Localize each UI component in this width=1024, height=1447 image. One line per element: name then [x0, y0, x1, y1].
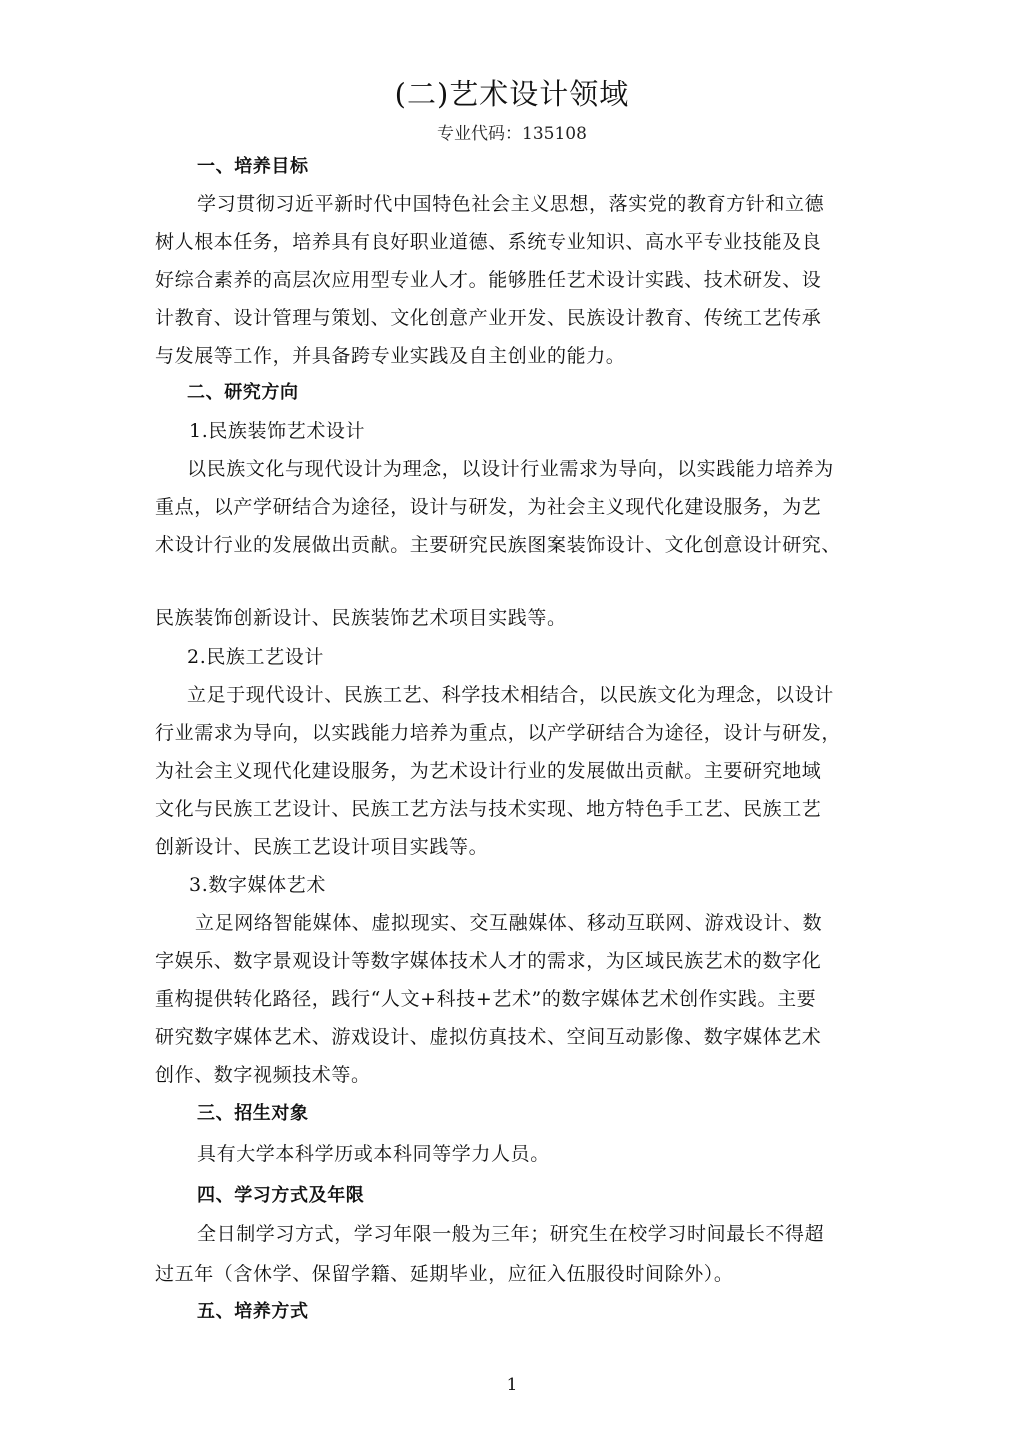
paragraph-line: 以民族文化与现代设计为理念，以设计行业需求为导向，以实践能力培养为	[187, 457, 834, 481]
paragraph-line: 计教育、设计管理与策划、文化创意产业开发、民族设计教育、传统工艺传承	[155, 306, 821, 330]
paragraph-line: 具有大学本科学历或本科同等学力人员。	[197, 1142, 550, 1166]
paragraph-line: 术设计行业的发展做出贡献。主要研究民族图案装饰设计、文化创意设计研究、	[155, 533, 841, 557]
direction-title: 1.民族装饰艺术设计	[189, 419, 365, 443]
section-heading-admission: 三、招生对象	[197, 1102, 309, 1126]
section-heading-training-mode: 五、培养方式	[197, 1300, 309, 1324]
paragraph-line: 创新设计、民族工艺设计项目实践等。	[155, 835, 488, 859]
paragraph-line: 过五年（含休学、保留学籍、延期毕业，应征入伍服役时间除外）。	[155, 1262, 734, 1286]
paragraph-line: 研究数字媒体艺术、游戏设计、虚拟仿真技术、空间互动影像、数字媒体艺术	[155, 1025, 821, 1049]
paragraph-line: 重点，以产学研结合为途径，设计与研发，为社会主义现代化建设服务，为艺	[155, 495, 821, 519]
paragraph-line: 立足于现代设计、民族工艺、科学技术相结合，以民族文化为理念，以设计	[187, 683, 834, 707]
paragraph-line: 字娱乐、数字景观设计等数字媒体技术人才的需求，为区域民族艺术的数字化	[155, 949, 821, 973]
paragraph-line: 与发展等工作，并具备跨专业实践及自主创业的能力。	[155, 344, 625, 368]
paragraph-line: 树人根本任务，培养具有良好职业道德、系统专业知识、高水平专业技能及良	[155, 230, 821, 254]
document-page: (二)艺术设计领域 专业代码：135108 一、培养目标 学习贯彻习近平新时代中…	[0, 0, 1024, 1447]
paragraph-line: 文化与民族工艺设计、民族工艺方法与技术实现、地方特色手工艺、民族工艺	[155, 797, 821, 821]
major-code: 专业代码：135108	[0, 122, 1024, 146]
paragraph-line: 立足网络智能媒体、虚拟现实、交互融媒体、移动互联网、游戏设计、数	[195, 911, 822, 935]
paragraph-line: 为社会主义现代化建设服务，为艺术设计行业的发展做出贡献。主要研究地域	[155, 759, 821, 783]
paragraph-line: 创作、数字视频技术等。	[155, 1063, 371, 1087]
direction-title: 2.民族工艺设计	[187, 645, 324, 669]
section-heading-training-goals: 一、培养目标	[197, 155, 309, 179]
direction-title: 3.数字媒体艺术	[189, 873, 326, 897]
paragraph-line: 重构提供转化路径，践行“人文+科技+艺术”的数字媒体艺术创作实践。主要	[155, 987, 816, 1011]
page-number: 1	[0, 1373, 1024, 1397]
page-title: (二)艺术设计领域	[0, 76, 1024, 112]
paragraph-line: 民族装饰创新设计、民族装饰艺术项目实践等。	[155, 606, 567, 630]
paragraph-line: 全日制学习方式，学习年限一般为三年；研究生在校学习时间最长不得超	[197, 1222, 824, 1246]
paragraph-line: 学习贯彻习近平新时代中国特色社会主义思想，落实党的教育方针和立德	[197, 192, 824, 216]
section-heading-research-directions: 二、研究方向	[187, 381, 299, 405]
section-heading-study-mode: 四、学习方式及年限	[197, 1184, 364, 1208]
paragraph-line: 好综合素养的高层次应用型专业人才。能够胜任艺术设计实践、技术研发、设	[155, 268, 821, 292]
paragraph-line: 行业需求为导向，以实践能力培养为重点，以产学研结合为途径，设计与研发，	[155, 721, 841, 745]
